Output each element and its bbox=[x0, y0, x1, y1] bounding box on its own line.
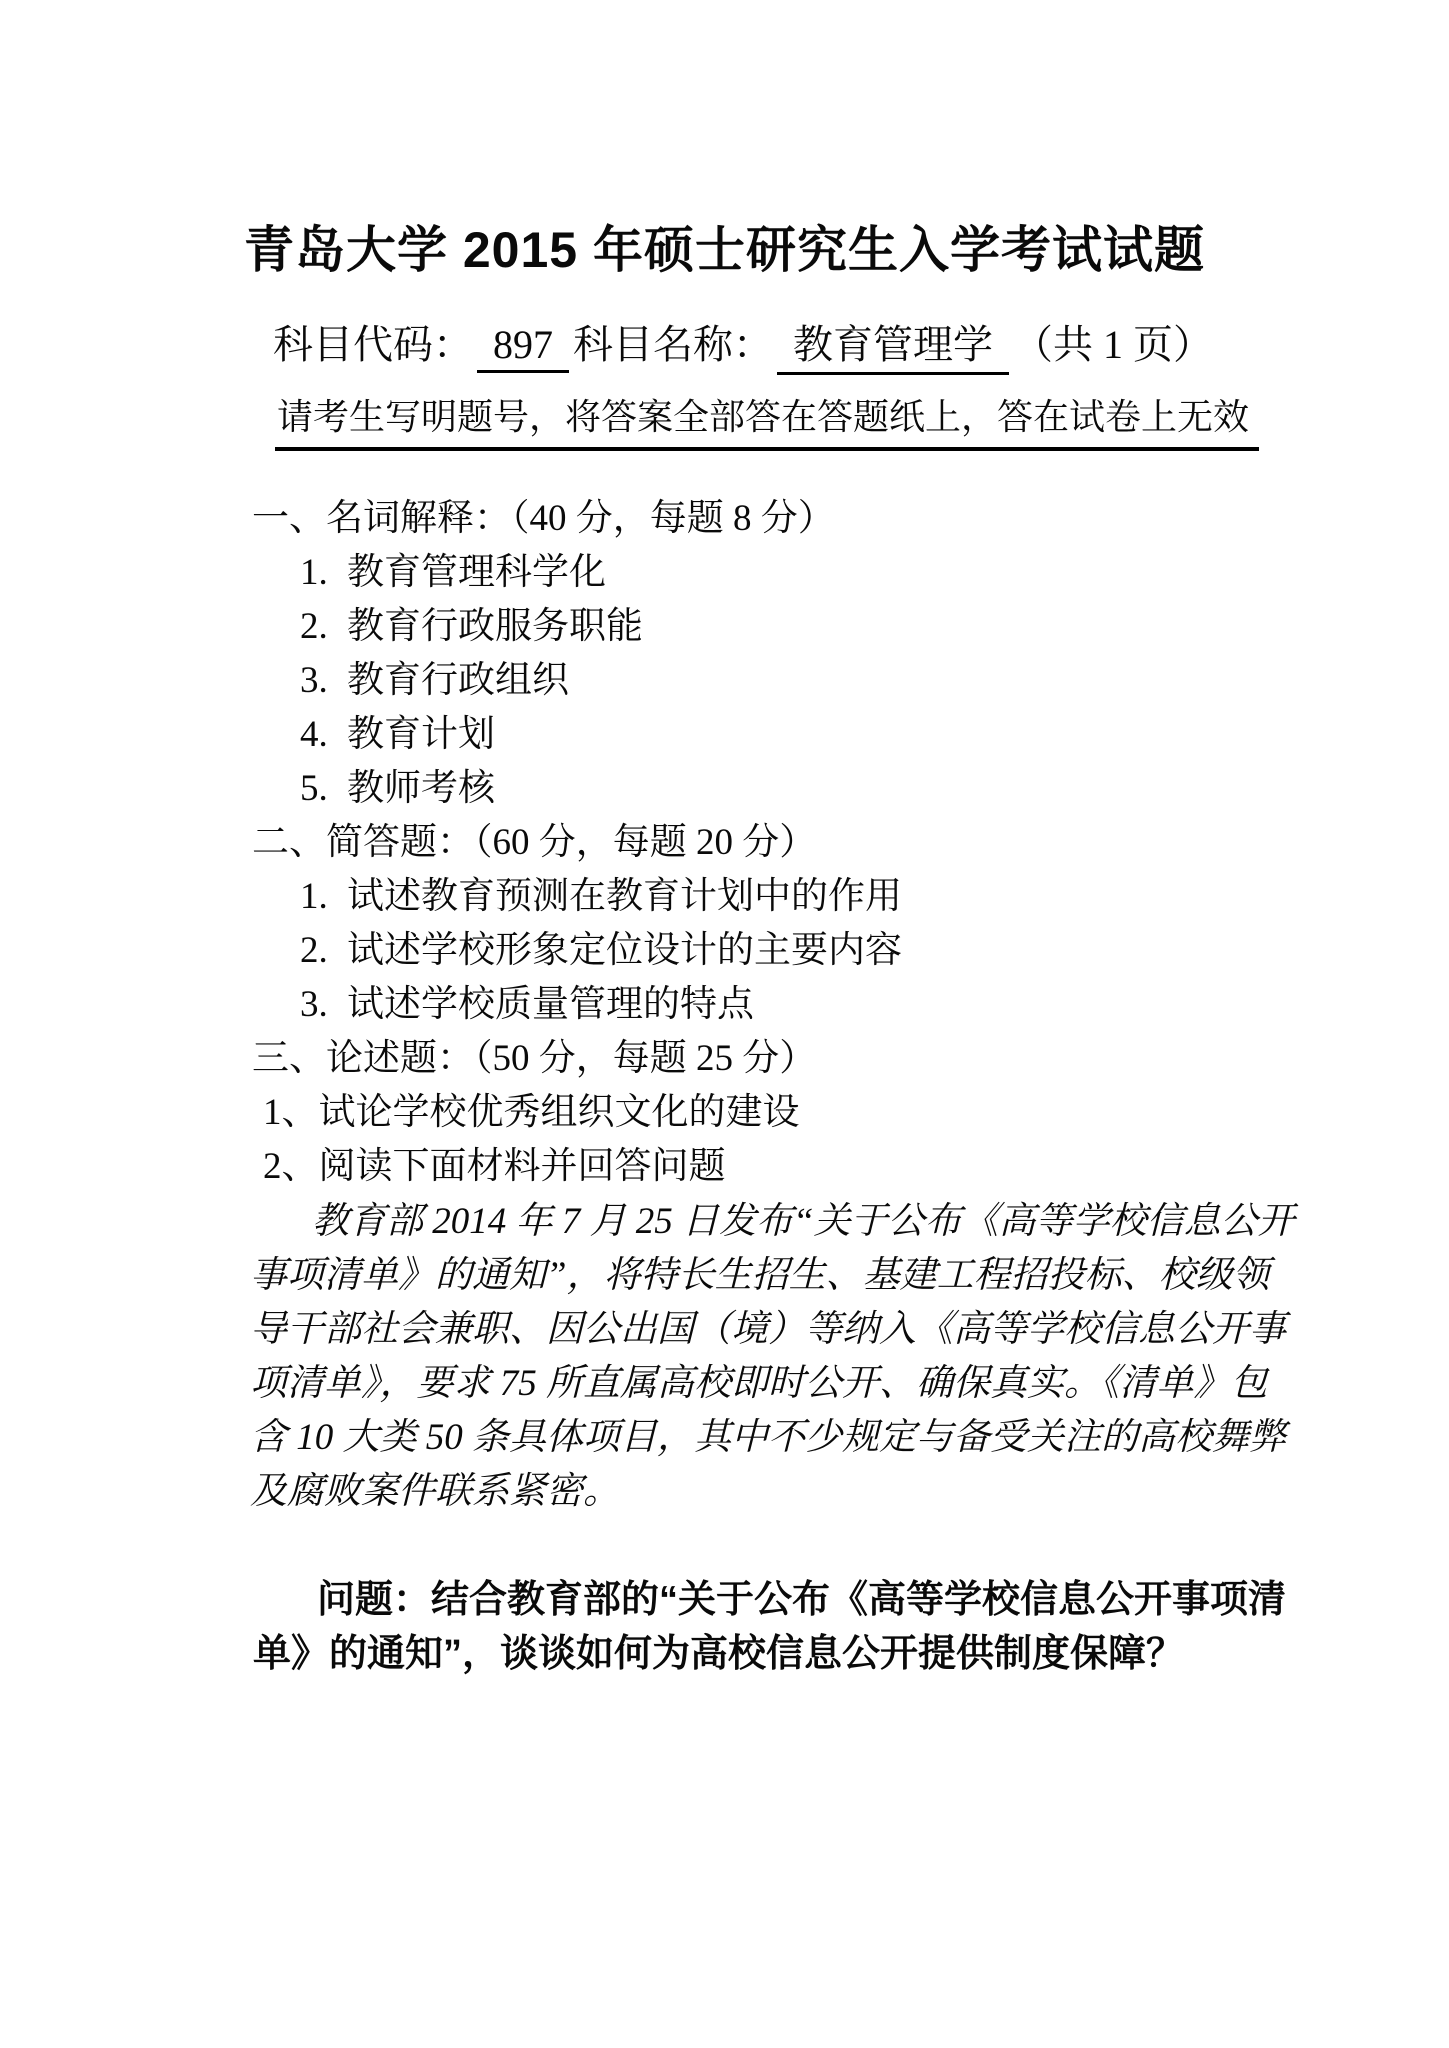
section-number: 一、 bbox=[252, 498, 326, 539]
item-number: 2. bbox=[300, 600, 347, 654]
item-number: 2. bbox=[300, 924, 347, 978]
material-line: 含 10 大类 50 条具体项目，其中不少规定与备受关注的高校舞弊 bbox=[250, 1411, 1295, 1465]
subject-name-label: 科目名称： bbox=[573, 322, 773, 367]
section-text: 简答题：（60 分，每题 20 分） bbox=[326, 822, 816, 863]
section-number: 三、 bbox=[252, 1038, 326, 1079]
outline-section-2: 二、简答题：（60 分，每题 20 分） bbox=[252, 816, 902, 870]
section-number: 二、 bbox=[252, 822, 326, 863]
material-line: 导干部社会兼职、因公出国（境）等纳入《高等学校信息公开事 bbox=[250, 1303, 1295, 1357]
outline-item: 1、试论学校优秀组织文化的建设 bbox=[252, 1086, 902, 1140]
section-text: 名词解释：（40 分，每题 8 分） bbox=[326, 498, 835, 539]
material-line: 教育部 2014 年 7 月 25 日发布“关于公布《高等学校信息公开 bbox=[250, 1195, 1295, 1249]
outline-item: 4.教育计划 bbox=[252, 708, 902, 762]
item-text: 教师考核 bbox=[347, 768, 495, 809]
item-number: 2、 bbox=[263, 1140, 319, 1194]
item-text: 教育行政组织 bbox=[347, 660, 569, 701]
item-number: 3. bbox=[300, 654, 347, 708]
item-number: 1、 bbox=[263, 1086, 319, 1140]
question-outline: 一、名词解释：（40 分，每题 8 分） 1.教育管理科学化 2.教育行政服务职… bbox=[252, 492, 902, 1194]
outline-item: 2.试述学校形象定位设计的主要内容 bbox=[252, 924, 902, 978]
material-line: 事项清单》的通知”，将特长生招生、基建工程招投标、校级领 bbox=[250, 1249, 1295, 1303]
item-number: 1. bbox=[300, 870, 347, 924]
item-number: 1. bbox=[300, 546, 347, 600]
outline-item: 1.教育管理科学化 bbox=[252, 546, 902, 600]
item-text: 试论学校优秀组织文化的建设 bbox=[319, 1092, 800, 1133]
subject-code-value: 897 bbox=[477, 321, 569, 373]
item-text: 试述学校质量管理的特点 bbox=[347, 984, 754, 1025]
subject-code-label: 科目代码： bbox=[273, 322, 473, 367]
material-paragraph: 教育部 2014 年 7 月 25 日发布“关于公布《高等学校信息公开 事项清单… bbox=[250, 1195, 1295, 1519]
outline-item: 2、阅读下面材料并回答问题 bbox=[252, 1140, 902, 1194]
item-number: 5. bbox=[300, 762, 347, 816]
item-text: 试述学校形象定位设计的主要内容 bbox=[347, 930, 902, 971]
item-number: 4. bbox=[300, 708, 347, 762]
outline-section-1: 一、名词解释：（40 分，每题 8 分） bbox=[252, 492, 902, 546]
outline-section-3: 三、论述题：（50 分，每题 25 分） bbox=[252, 1032, 902, 1086]
outline-item: 5.教师考核 bbox=[252, 762, 902, 816]
material-line: 项清单》，要求 75 所直属高校即时公开、确保真实。《清单》包 bbox=[250, 1357, 1295, 1411]
item-text: 试述教育预测在教育计划中的作用 bbox=[347, 876, 902, 917]
notice-line: 请考生写明题号，将答案全部答在答题纸上，答在试卷上无效 bbox=[275, 389, 1259, 451]
item-text: 教育行政服务职能 bbox=[347, 606, 643, 647]
question-line: 问题：结合教育部的“关于公布《高等学校信息公开事项清 bbox=[253, 1573, 1286, 1627]
question-paragraph: 问题：结合教育部的“关于公布《高等学校信息公开事项清 单》的通知”，谈谈如何为高… bbox=[253, 1573, 1286, 1681]
outline-item: 2.教育行政服务职能 bbox=[252, 600, 902, 654]
exam-paper-page: 青岛大学 2015 年硕士研究生入学考试试题 科目代码：897科目名称：教育管理… bbox=[0, 0, 1449, 2048]
outline-item: 1.试述教育预测在教育计划中的作用 bbox=[252, 870, 902, 924]
section-text: 论述题：（50 分，每题 25 分） bbox=[326, 1038, 816, 1079]
outline-item: 3.试述学校质量管理的特点 bbox=[252, 978, 902, 1032]
item-number: 3. bbox=[300, 978, 347, 1032]
subject-pages-note: （共 1 页） bbox=[1013, 322, 1213, 367]
material-line: 及腐败案件联系紧密。 bbox=[250, 1465, 1295, 1519]
outline-item: 3.教育行政组织 bbox=[252, 654, 902, 708]
item-text: 教育管理科学化 bbox=[347, 552, 606, 593]
page-title: 青岛大学 2015 年硕士研究生入学考试试题 bbox=[0, 210, 1449, 282]
subject-line: 科目代码：897科目名称：教育管理学（共 1 页） bbox=[273, 313, 1213, 375]
subject-name-value: 教育管理学 bbox=[777, 313, 1009, 375]
question-line: 单》的通知”，谈谈如何为高校信息公开提供制度保障？ bbox=[253, 1627, 1286, 1681]
item-text: 阅读下面材料并回答问题 bbox=[319, 1146, 726, 1187]
item-text: 教育计划 bbox=[347, 714, 495, 755]
